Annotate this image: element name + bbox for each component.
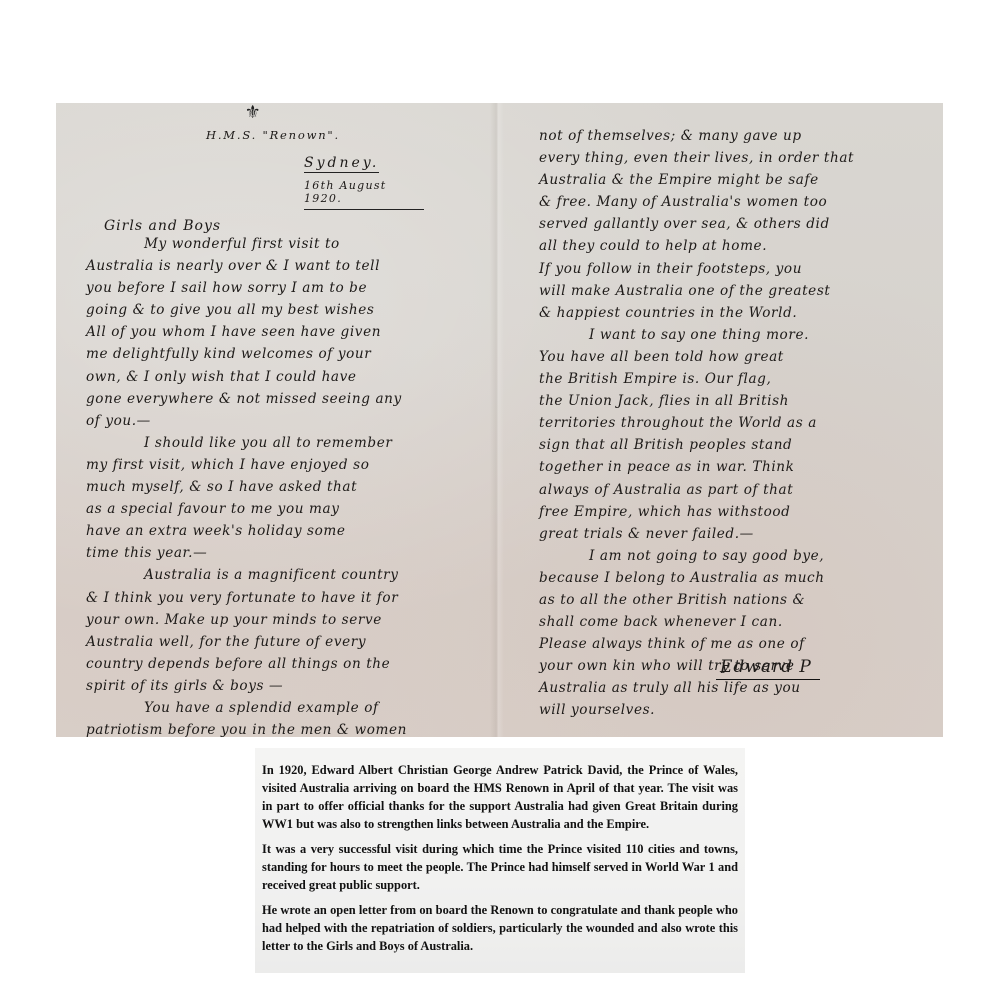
letter-line: Australia & the Empire might be safe: [501, 169, 943, 191]
letter-line: I am not going to say good bye,: [501, 545, 943, 567]
letter-line: as a special favour to me you may: [56, 498, 496, 520]
letter-line: going & to give you all my best wishes: [56, 299, 496, 321]
letter-line: All of you whom I have seen have given: [56, 321, 496, 343]
letter-line: much myself, & so I have asked that: [56, 476, 496, 498]
letter-right-page: not of themselves; & many gave upevery t…: [501, 103, 943, 737]
letter-line: spirit of its girls & boys —: [56, 675, 496, 697]
letter-line: You have all been told how great: [501, 346, 943, 368]
letter-line: the British Empire is. Our flag,: [501, 368, 943, 390]
letter-line: you before I sail how sorry I am to be: [56, 277, 496, 299]
letter-line: Australia as truly all his life as you: [501, 677, 943, 699]
letter-place: Sydney.: [304, 155, 379, 173]
signature: Edward P: [716, 657, 820, 680]
right-page-text: not of themselves; & many gave upevery t…: [501, 125, 943, 722]
letter-line: sign that all British peoples stand: [501, 434, 943, 456]
letter-line: If you follow in their footsteps, you: [501, 258, 943, 280]
letter-line: as to all the other British nations &: [501, 589, 943, 611]
letter-salutation: Girls and Boys: [104, 218, 221, 234]
letter-line: of you.—: [56, 410, 496, 432]
letter-line: You have a splendid example of: [56, 697, 496, 719]
letter-line: great trials & never failed.—: [501, 523, 943, 545]
caption-paragraph: He wrote an open letter from on board th…: [262, 901, 738, 955]
letter-line: the Union Jack, flies in all British: [501, 390, 943, 412]
letter-line: your own. Make up your minds to serve: [56, 609, 496, 631]
left-page-text: My wonderful first visit toAustralia is …: [56, 233, 496, 737]
letter-line: country depends before all things on the: [56, 653, 496, 675]
letter-line: shall come back whenever I can.: [501, 611, 943, 633]
caption-paragraph: It was a very successful visit during wh…: [262, 840, 738, 894]
letter-line: my first visit, which I have enjoyed so: [56, 454, 496, 476]
letter-line: My wonderful first visit to: [56, 233, 496, 255]
letter-line: always of Australia as part of that: [501, 479, 943, 501]
letterhead-ship: H.M.S. "Renown".: [206, 128, 340, 142]
letter-line: free Empire, which has withstood: [501, 501, 943, 523]
letter-line: all they could to help at home.: [501, 235, 943, 257]
letter-line: not of themselves; & many gave up: [501, 125, 943, 147]
letter-line: will make Australia one of the greatest: [501, 280, 943, 302]
letter-line: Please always think of me as one of: [501, 633, 943, 655]
letter-line: I should like you all to remember: [56, 432, 496, 454]
letter-line: own, & I only wish that I could have: [56, 366, 496, 388]
letter-photo: ⚜ H.M.S. "Renown". Sydney. 16th August 1…: [56, 103, 943, 737]
letter-line: Australia well, for the future of every: [56, 631, 496, 653]
letter-line: gone everywhere & not missed seeing any: [56, 388, 496, 410]
letter-line: served gallantly over sea, & others did: [501, 213, 943, 235]
letter-line: have an extra week's holiday some: [56, 520, 496, 542]
letter-date: 16th August 1920.: [304, 179, 424, 210]
letter-line: Australia is nearly over & I want to tel…: [56, 255, 496, 277]
prince-of-wales-feathers-icon: ⚜: [242, 103, 264, 123]
letter-line: patriotism before you in the men & women: [56, 719, 496, 737]
letter-line: & free. Many of Australia's women too: [501, 191, 943, 213]
caption-paragraph: In 1920, Edward Albert Christian George …: [262, 761, 738, 833]
letter-line: territories throughout the World as a: [501, 412, 943, 434]
letter-line: me delightfully kind welcomes of your: [56, 343, 496, 365]
letter-line: will yourselves.: [501, 699, 943, 721]
letter-line: every thing, even their lives, in order …: [501, 147, 943, 169]
letter-left-page: ⚜ H.M.S. "Renown". Sydney. 16th August 1…: [56, 103, 496, 737]
letter-line: Australia is a magnificent country: [56, 564, 496, 586]
letter-line: together in peace as in war. Think: [501, 456, 943, 478]
letter-line: & I think you very fortunate to have it …: [56, 587, 496, 609]
letter-line: because I belong to Australia as much: [501, 567, 943, 589]
caption-box: In 1920, Edward Albert Christian George …: [255, 748, 745, 973]
letter-line: time this year.—: [56, 542, 496, 564]
letter-line: I want to say one thing more.: [501, 324, 943, 346]
letter-line: & happiest countries in the World.: [501, 302, 943, 324]
